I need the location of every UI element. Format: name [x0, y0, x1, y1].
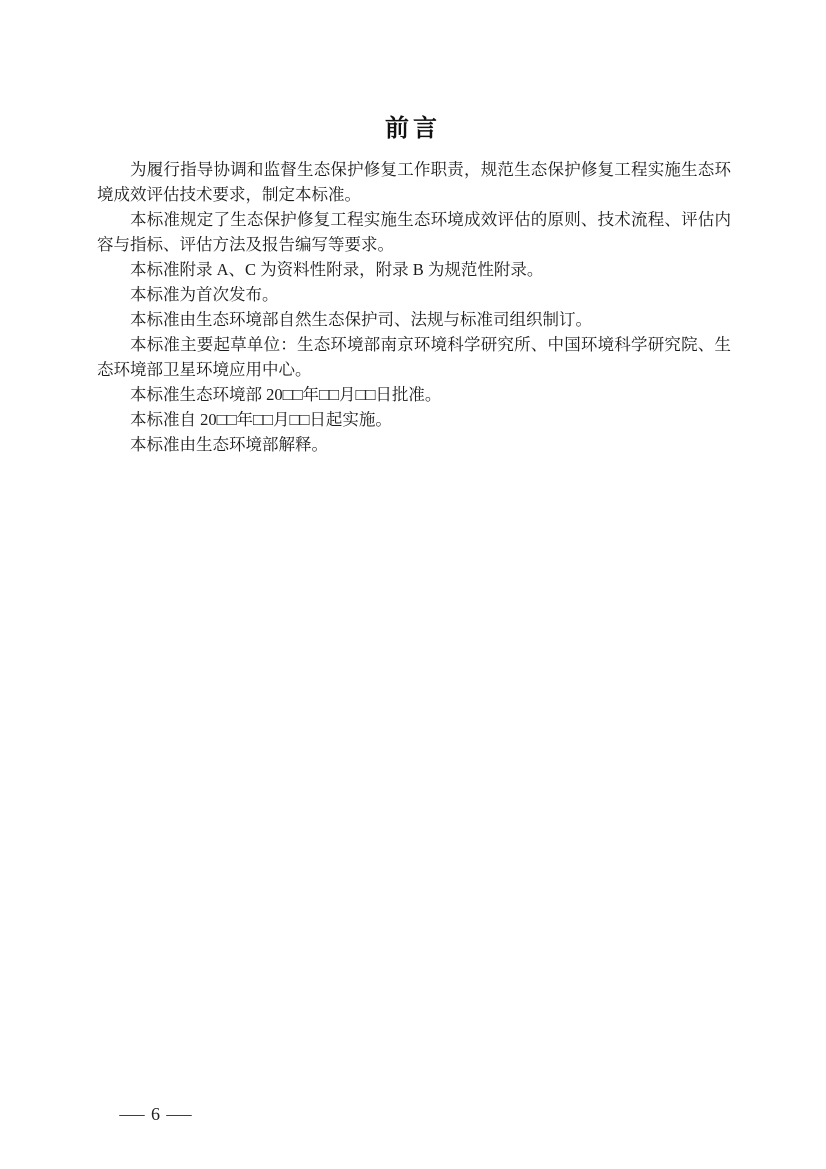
paragraph: 本标准生态环境部 20□□年□□月□□日批准。: [97, 382, 731, 407]
paragraph: 本标准为首次发布。: [97, 282, 731, 307]
paragraph: 本标准自 20□□年□□月□□日起实施。: [97, 407, 731, 432]
page-title: 前言: [0, 108, 826, 143]
footer-right-dash: —: [166, 1104, 191, 1125]
paragraph: 本标准由生态环境部解释。: [97, 432, 731, 457]
paragraph: 本标准主要起草单位：生态环境部南京环境科学研究所、中国环境科学研究院、生态环境部…: [97, 332, 731, 382]
document-page: 前言 为履行指导协调和监督生态保护修复工作职责，规范生态保护修复工程实施生态环境…: [0, 0, 826, 1169]
paragraph: 本标准附录 A、C 为资料性附录，附录 B 为规范性附录。: [97, 257, 731, 282]
preface-body: 为履行指导协调和监督生态保护修复工作职责，规范生态保护修复工程实施生态环境成效评…: [97, 157, 731, 457]
paragraph: 本标准规定了生态保护修复工程实施生态环境成效评估的原则、技术流程、评估内容与指标…: [97, 207, 731, 257]
paragraph: 本标准由生态环境部自然生态保护司、法规与标准司组织制订。: [97, 307, 731, 332]
footer-left-dash: —: [119, 1104, 144, 1125]
page-footer: —6—: [95, 1083, 198, 1146]
page-number: 6: [151, 1104, 160, 1125]
paragraph: 为履行指导协调和监督生态保护修复工作职责，规范生态保护修复工程实施生态环境成效评…: [97, 157, 731, 207]
